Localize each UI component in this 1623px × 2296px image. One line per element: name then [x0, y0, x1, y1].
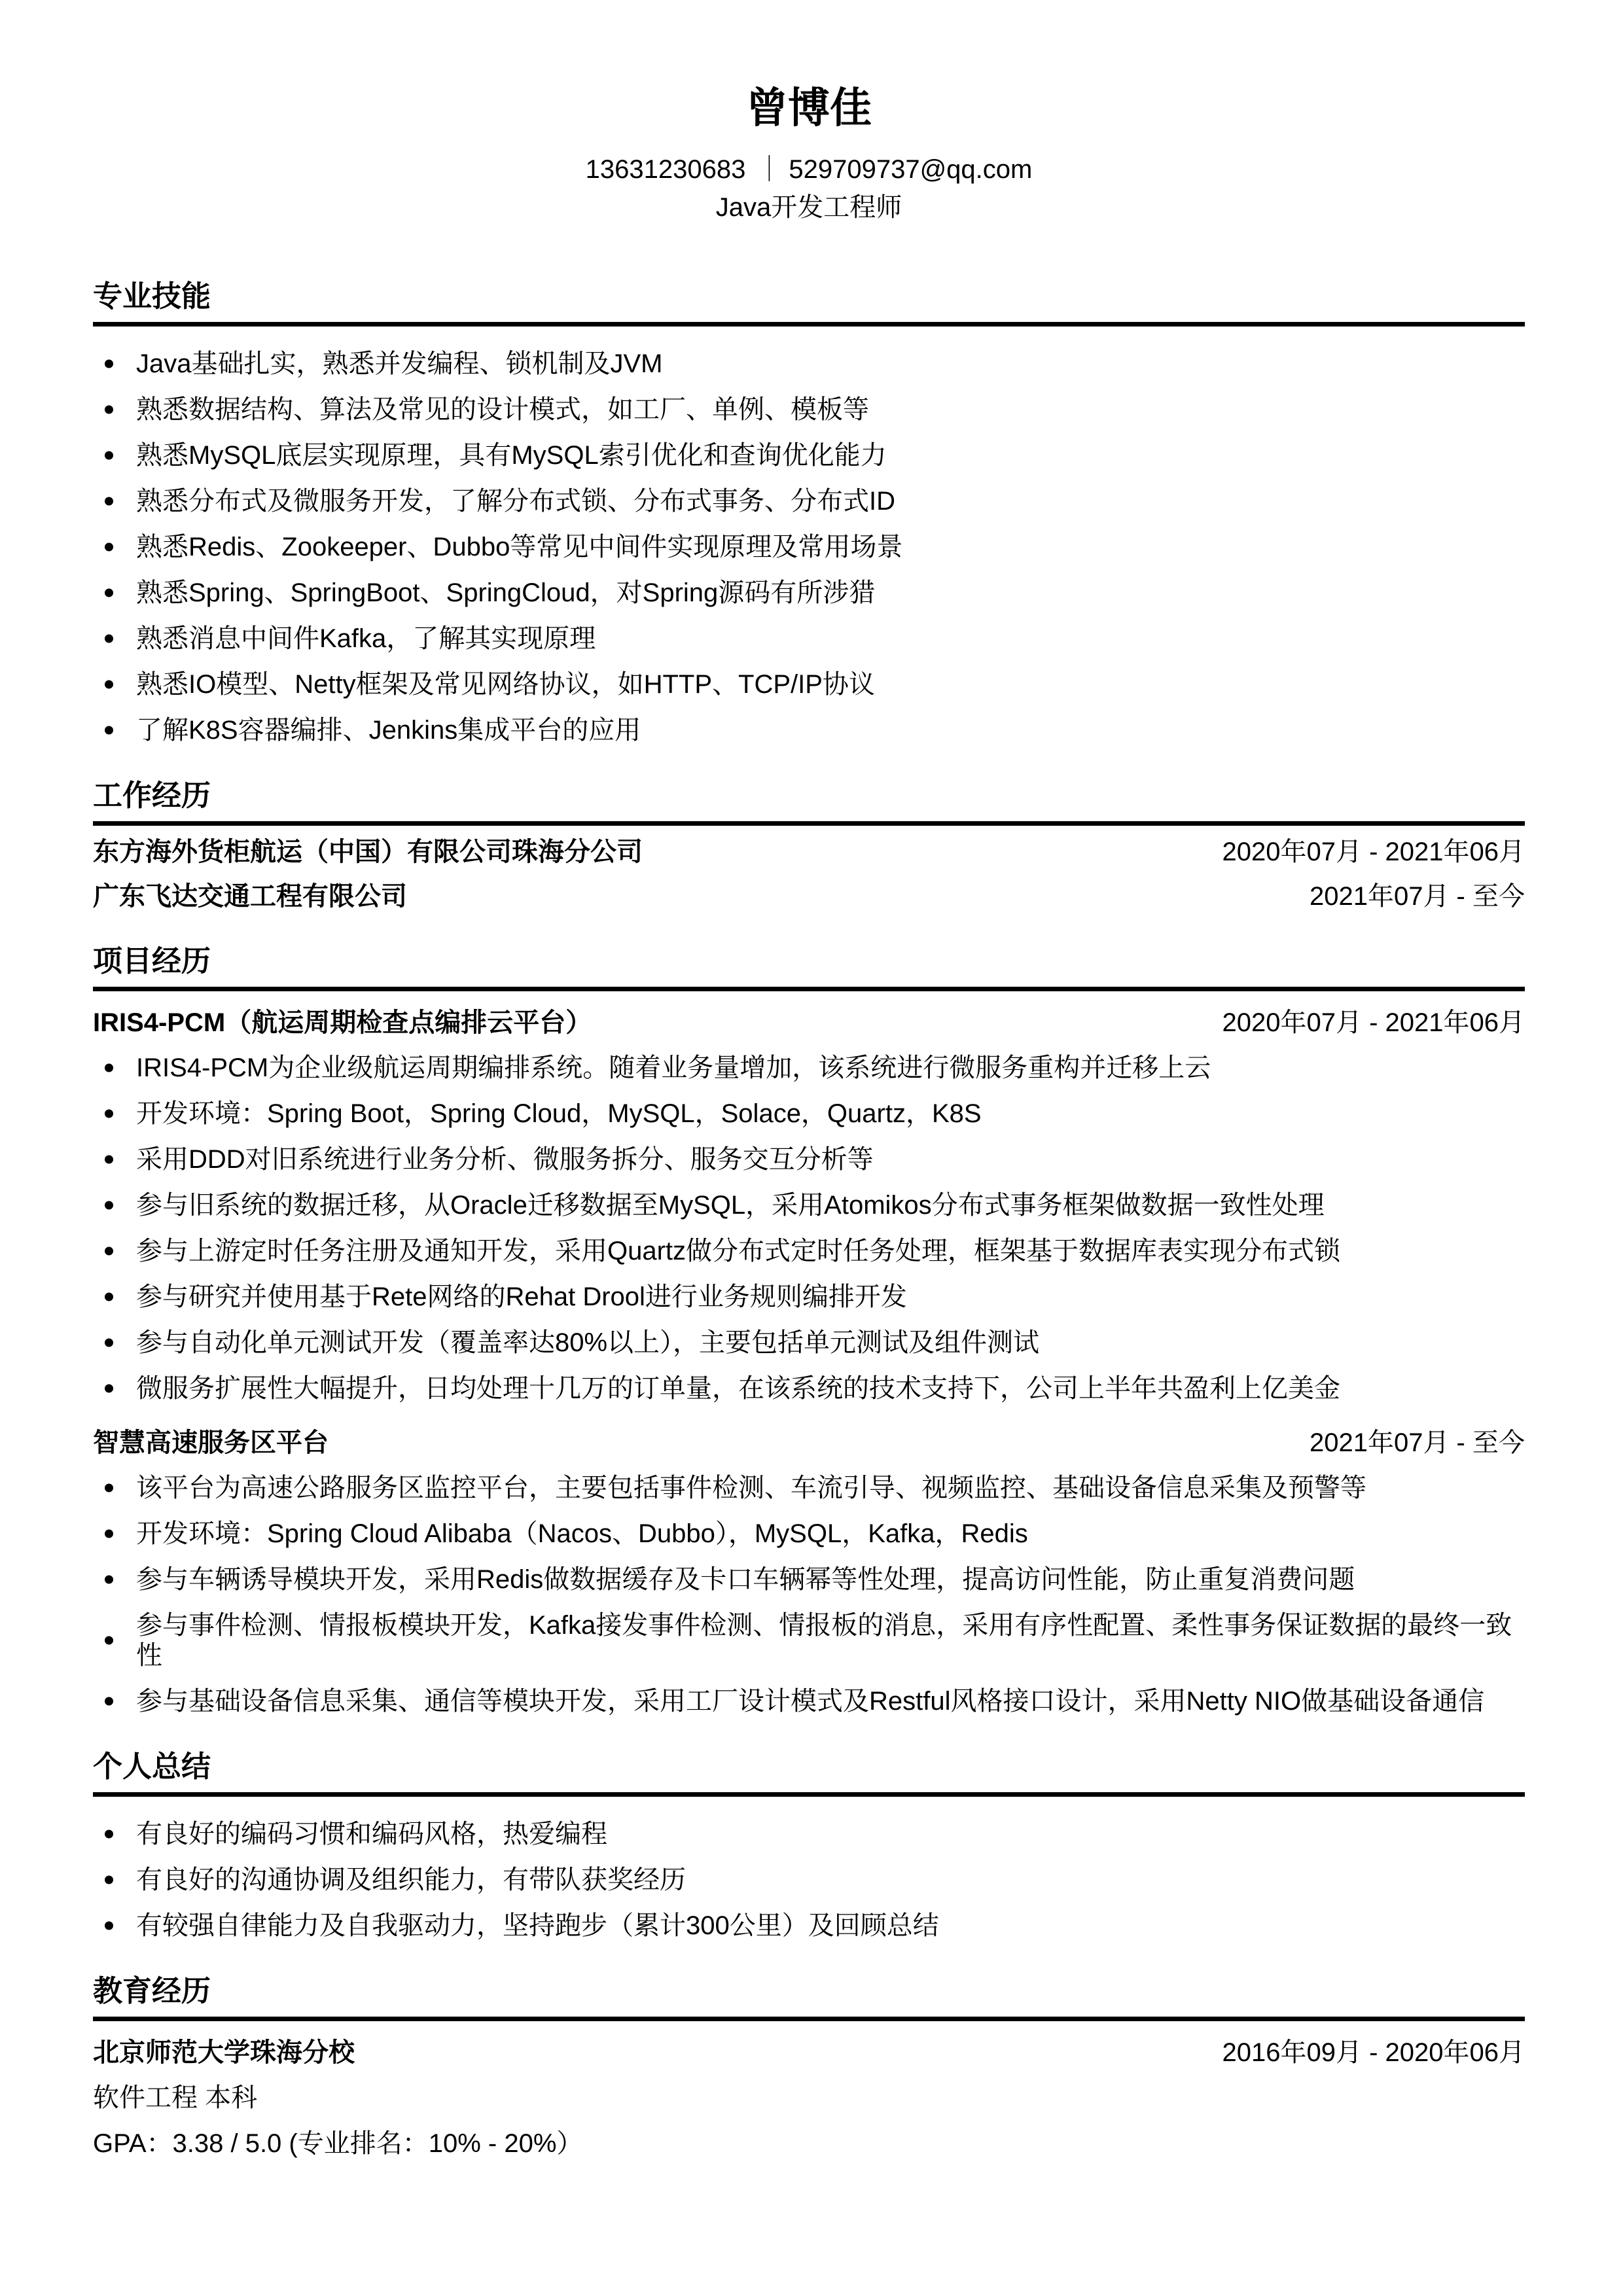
list-item: 熟悉数据结构、算法及常见的设计模式，如工厂、单例、模板等: [93, 387, 1525, 433]
project-name: IRIS4-PCM（航运周期检查点编排云平台）: [93, 1008, 592, 1038]
list-item: Java基础扎实，熟悉并发编程、锁机制及JVM: [93, 341, 1525, 387]
project-bullet-list: 该平台为高速公路服务区监控平台，主要包括事件检测、车流引导、视频监控、基础设备信…: [93, 1465, 1525, 1724]
list-item: 熟悉分布式及微服务开发，了解分布式锁、分布式事务、分布式ID: [93, 478, 1525, 524]
list-item: 采用DDD对旧系统进行业务分析、微服务拆分、服务交互分析等: [93, 1137, 1525, 1182]
section-divider: [93, 322, 1525, 327]
section-title-projects: 项目经历: [93, 945, 1525, 978]
list-item: 该平台为高速公路服务区监控平台，主要包括事件检测、车流引导、视频监控、基础设备信…: [93, 1465, 1525, 1511]
company-name: 广东飞达交通工程有限公司: [93, 881, 407, 911]
major-degree: 软件工程 本科: [93, 2075, 1525, 2121]
list-item: 开发环境：Spring Boot，Spring Cloud，MySQL，Sola…: [93, 1091, 1525, 1137]
summary-list: 有良好的编码习惯和编码风格，热爱编程 有良好的沟通协调及组织能力，有带队获奖经历…: [93, 1811, 1525, 1949]
education-date-range: 2016年09月 - 2020年06月: [1222, 2038, 1525, 2068]
list-item: 开发环境：Spring Cloud Alibaba（Nacos、Dubbo），M…: [93, 1511, 1525, 1557]
section-projects: 项目经历 IRIS4-PCM（航运周期检查点编排云平台） 2020年07月 - …: [93, 945, 1525, 1724]
section-title-skills: 专业技能: [93, 280, 1525, 313]
list-item: 微服务扩展性大幅提升，日均处理十几万的订单量，在该系统的技术支持下，公司上半年共…: [93, 1366, 1525, 1411]
list-item: 参与车辆诱导模块开发，采用Redis做数据缓存及卡口车辆幂等性处理，提高访问性能…: [93, 1557, 1525, 1602]
section-divider: [93, 821, 1525, 826]
section-divider: [93, 987, 1525, 991]
resume-header: 曾博佳 13631230683｜529709737@qq.com Java开发工…: [93, 85, 1525, 222]
section-title-education: 教育经历: [93, 1975, 1525, 2007]
section-education: 教育经历 北京师范大学珠海分校 2016年09月 - 2020年06月 软件工程…: [93, 1975, 1525, 2166]
work-entry: 广东飞达交通工程有限公司 2021年07月 - 至今: [93, 874, 1525, 919]
work-entry: 东方海外货柜航运（中国）有限公司珠海分公司 2020年07月 - 2021年06…: [93, 830, 1525, 874]
phone-number: 13631230683: [586, 155, 746, 184]
section-title-summary: 个人总结: [93, 1750, 1525, 1783]
list-item: 熟悉Spring、SpringBoot、SpringCloud，对Spring源…: [93, 570, 1525, 616]
section-divider: [93, 2017, 1525, 2021]
section-skills: 专业技能 Java基础扎实，熟悉并发编程、锁机制及JVM 熟悉数据结构、算法及常…: [93, 280, 1525, 753]
email-address: 529709737@qq.com: [789, 155, 1032, 184]
list-item: 参与自动化单元测试开发（覆盖率达80%以上），主要包括单元测试及组件测试: [93, 1320, 1525, 1366]
work-date-range: 2020年07月 - 2021年06月: [1222, 837, 1525, 867]
list-item: 参与事件检测、情报板模块开发，Kafka接发事件检测、情报板的消息，采用有序性配…: [93, 1602, 1525, 1678]
contact-separator: ｜: [756, 155, 782, 184]
gpa-line: GPA：3.38 / 5.0 (专业排名：10% - 20%）: [93, 2121, 1525, 2166]
list-item: 了解K8S容器编排、Jenkins集成平台的应用: [93, 707, 1525, 753]
list-item: 熟悉Redis、Zookeeper、Dubbo等常见中间件实现原理及常用场景: [93, 524, 1525, 570]
list-item: 有良好的沟通协调及组织能力，有带队获奖经历: [93, 1857, 1525, 1903]
list-item: 有较强自律能力及自我驱动力，坚持跑步（累计300公里）及回顾总结: [93, 1903, 1525, 1949]
section-summary: 个人总结 有良好的编码习惯和编码风格，热爱编程 有良好的沟通协调及组织能力，有带…: [93, 1750, 1525, 1949]
contact-line: 13631230683｜529709737@qq.com: [93, 154, 1525, 185]
project-bullet-list: IRIS4-PCM为企业级航运周期编排系统。随着业务量增加，该系统进行微服务重构…: [93, 1045, 1525, 1411]
list-item: IRIS4-PCM为企业级航运周期编排系统。随着业务量增加，该系统进行微服务重构…: [93, 1045, 1525, 1091]
list-item: 熟悉MySQL底层实现原理，具有MySQL索引优化和查询优化能力: [93, 433, 1525, 478]
job-title: Java开发工程师: [93, 192, 1525, 222]
resume-page: 曾博佳 13631230683｜529709737@qq.com Java开发工…: [0, 0, 1623, 2296]
project-name: 智慧高速服务区平台: [93, 1428, 329, 1458]
skills-list: Java基础扎实，熟悉并发编程、锁机制及JVM 熟悉数据结构、算法及常见的设计模…: [93, 341, 1525, 753]
project-header: 智慧高速服务区平台 2021年07月 - 至今: [93, 1421, 1525, 1465]
section-divider: [93, 1792, 1525, 1797]
company-name: 东方海外货柜航运（中国）有限公司珠海分公司: [93, 837, 643, 867]
project-date-range: 2020年07月 - 2021年06月: [1222, 1008, 1525, 1038]
school-name: 北京师范大学珠海分校: [93, 2038, 355, 2068]
list-item: 参与基础设备信息采集、通信等模块开发，采用工厂设计模式及Restful风格接口设…: [93, 1678, 1525, 1724]
list-item: 参与旧系统的数据迁移，从Oracle迁移数据至MySQL，采用Atomikos分…: [93, 1182, 1525, 1228]
list-item: 有良好的编码习惯和编码风格，热爱编程: [93, 1811, 1525, 1857]
work-date-range: 2021年07月 - 至今: [1310, 881, 1525, 911]
work-entries: 东方海外货柜航运（中国）有限公司珠海分公司 2020年07月 - 2021年06…: [93, 830, 1525, 919]
section-work: 工作经历 东方海外货柜航运（中国）有限公司珠海分公司 2020年07月 - 20…: [93, 779, 1525, 919]
list-item: 熟悉消息中间件Kafka，了解其实现原理: [93, 616, 1525, 662]
candidate-name: 曾博佳: [93, 85, 1525, 131]
list-item: 参与上游定时任务注册及通知开发，采用Quartz做分布式定时任务处理，框架基于数…: [93, 1228, 1525, 1274]
project-date-range: 2021年07月 - 至今: [1310, 1428, 1525, 1458]
project-header: IRIS4-PCM（航运周期检查点编排云平台） 2020年07月 - 2021年…: [93, 1000, 1525, 1045]
education-entry: 北京师范大学珠海分校 2016年09月 - 2020年06月: [93, 2030, 1525, 2075]
section-title-work: 工作经历: [93, 779, 1525, 812]
list-item: 参与研究并使用基于Rete网络的Rehat Drool进行业务规则编排开发: [93, 1274, 1525, 1320]
list-item: 熟悉IO模型、Netty框架及常见网络协议，如HTTP、TCP/IP协议: [93, 662, 1525, 707]
